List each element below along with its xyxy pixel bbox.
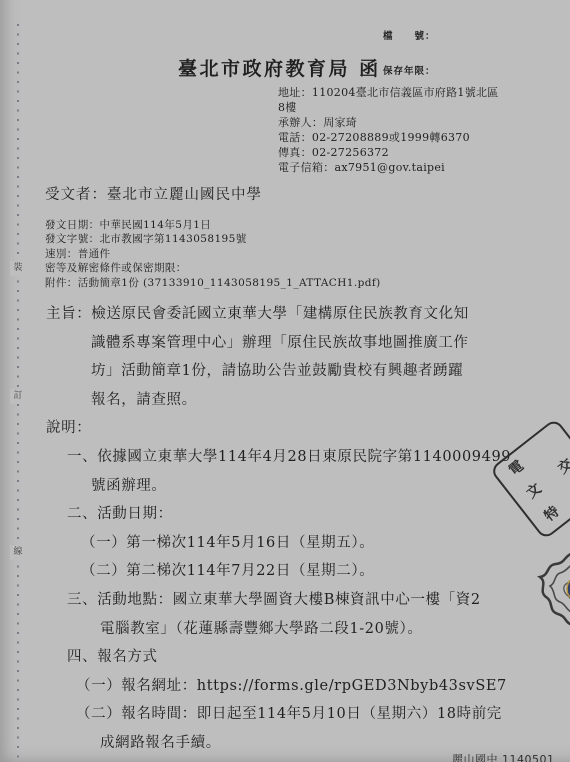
stamp-char: 電 (507, 459, 527, 479)
attachment-line: 附件：活動簡章1份 (37133910_1143058195_1_ATTACH1… (45, 276, 381, 290)
secrecy-class: 密等及解密條件或保密期限： (45, 261, 381, 275)
subject-line: 主旨：檢送原民會委託國立東華大學「建構原住民族教育文化知 (0, 300, 570, 329)
sender-contact-person: 承辦人：周家琦 (278, 115, 499, 130)
registration-time-line: （二）報名時間：即日起至114年5月10日（星期六）18時前完 (0, 700, 570, 729)
document-title: 臺北市政府教育局 函 (178, 54, 381, 81)
explanation-item-1: 一、依據國立東華大學114年4月28日東原民院字第1140009499 (0, 443, 570, 472)
issue-date: 發文日期：中華民國114年5月1日 (45, 218, 381, 232)
partial-seal-icon (528, 551, 570, 629)
meta-block: 發文日期：中華民國114年5月1日 發文字號：北市教國字第1143058195號… (45, 218, 381, 290)
explanation-item-4: 四、報名方式 (0, 643, 570, 672)
explanation-item-3-cont: 電腦教室」（花蓮縣壽豐鄉大學路二段1-20號）。 (0, 615, 570, 644)
explanation-label: 說明： (0, 414, 570, 443)
event-date-1: （一）第一梯次114年5月16日（星期五）。 (0, 529, 570, 558)
event-date-2: （二）第二梯次114年7月22日（星期二）。 (0, 557, 570, 586)
recipient-line: 受文者：臺北市立麗山國民中學 (45, 183, 262, 204)
stamp-char: 特 (542, 504, 562, 524)
sender-fax: 傳真：02-27256372 (278, 145, 499, 160)
footer-reference: 麗山國中 1140501 (452, 751, 555, 762)
scanned-letter-page: 裝 訂 線 檔 號： 保存年限： 臺北市政府教育局 函 地址：110204臺北市… (0, 0, 570, 762)
sender-phone: 電話：02-27208889或1999轉6370 (278, 130, 499, 145)
subject-line: 坊」活動簡章1份，請協助公告並鼓勵貴校有興趣者踴躍 (0, 357, 570, 386)
speed-class: 速別：普通件 (45, 247, 381, 261)
registration-url-line: （一）報名網址：https://forms.gle/rpGED3Nbyb43sv… (0, 672, 570, 701)
explanation-item-3: 三、活動地點：國立東華大學圖資大樓B棟資訊中心一樓「資2 (0, 586, 570, 615)
subject-line: 報名，請查照。 (0, 386, 570, 415)
letter-body: 主旨：檢送原民會委託國立東華大學「建構原住民族教育文化知 識體系專案管理中心」辦… (0, 300, 570, 758)
binding-mark-zhuang: 裝 (10, 261, 26, 276)
stamp-char: 文 (524, 481, 544, 501)
retention-label: 保存年限： (383, 66, 436, 78)
sender-address-line2: 8樓 (278, 100, 499, 115)
explanation-item-2: 二、活動日期： (0, 500, 570, 529)
explanation-item-1-cont: 號函辦理。 (0, 472, 570, 501)
sender-contact-block: 地址：110204臺北市信義區市府路1號北區 8樓 承辦人：周家琦 電話：02-… (278, 85, 499, 175)
file-no-label: 檔 號： (383, 31, 436, 43)
issue-number: 發文字號：北市教國字第1143058195號 (45, 232, 381, 246)
sender-address-line: 地址：110204臺北市信義區市府路1號北區 (278, 85, 499, 100)
sender-email: 電子信箱：ax7951@gov.taipei (278, 160, 499, 175)
subject-line: 識體系專案管理中心」辦理「原住民族故事地圖推廣工作 (0, 329, 570, 358)
stamp-char: 交 (556, 457, 570, 477)
